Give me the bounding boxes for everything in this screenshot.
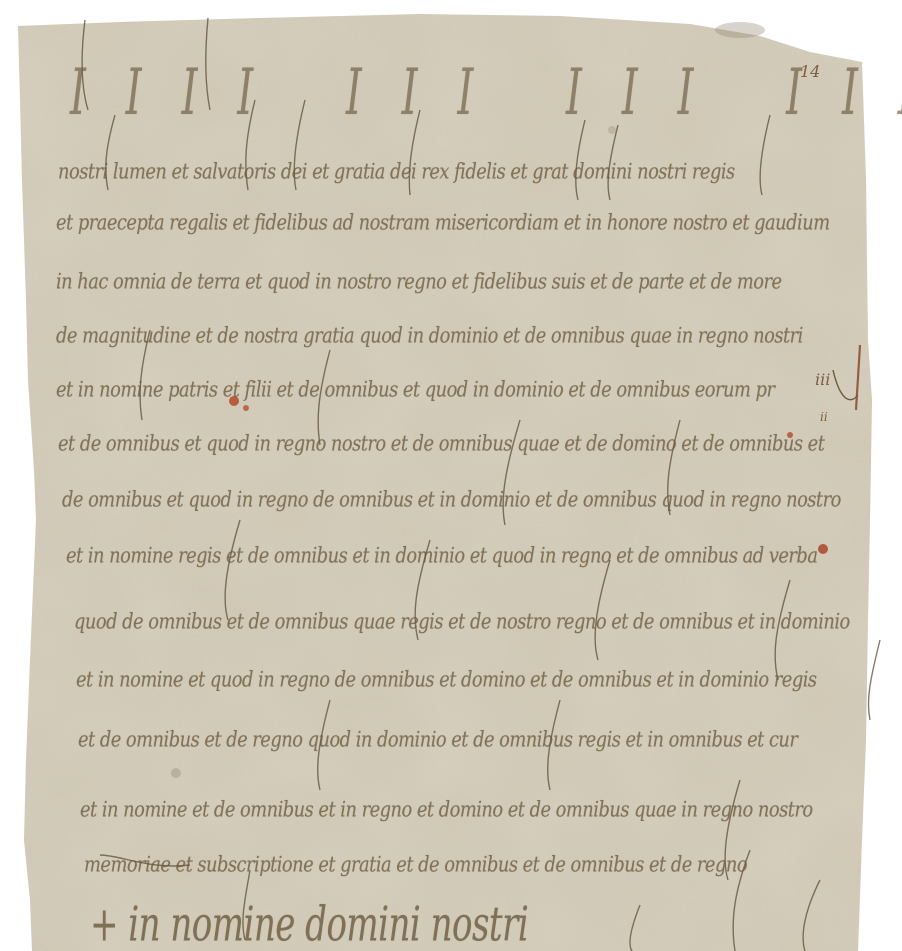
signature-line: + in nomine domini nostri (90, 897, 528, 951)
margin-note-1: iii (815, 370, 830, 389)
text-line-6: et de omnibus et quod in regno nostro et… (58, 432, 824, 457)
text-line-11: et de omnibus et de regno quod in domini… (78, 728, 797, 753)
text-line-7: de omnibus et quod in regno de omnibus e… (62, 488, 841, 513)
folio-number: 14 (800, 62, 820, 81)
text-line-5: et in nomine patris et filii et de omnib… (56, 378, 774, 403)
text-line-12: et in nomine et de omnibus et in regno e… (80, 798, 813, 823)
text-line-10: et in nomine et quod in regno de omnibus… (76, 668, 817, 693)
text-line-8: et in nomine regis et de omnibus et in d… (66, 544, 817, 569)
text-line-1: nostri lumen et salvatoris dei et gratia… (58, 160, 735, 185)
manuscript-photo: IIII III III IIII III III 14 nostri lume… (0, 0, 902, 951)
text-line-9: quod de omnibus et de omnibus quae regis… (74, 610, 850, 635)
text-line-4: de magnitudine et de nostra gratia quod … (56, 324, 803, 349)
elongated-header-script: IIII III III IIII III III (70, 56, 902, 130)
text-line-13: memoriae et subscriptione et gratia et d… (84, 853, 747, 878)
text-line-2: et praecepta regalis et fidelibus ad nos… (56, 211, 830, 236)
margin-note-2: ii (820, 410, 828, 424)
text-line-3: in hac omnia de terra et quod in nostro … (56, 270, 782, 295)
